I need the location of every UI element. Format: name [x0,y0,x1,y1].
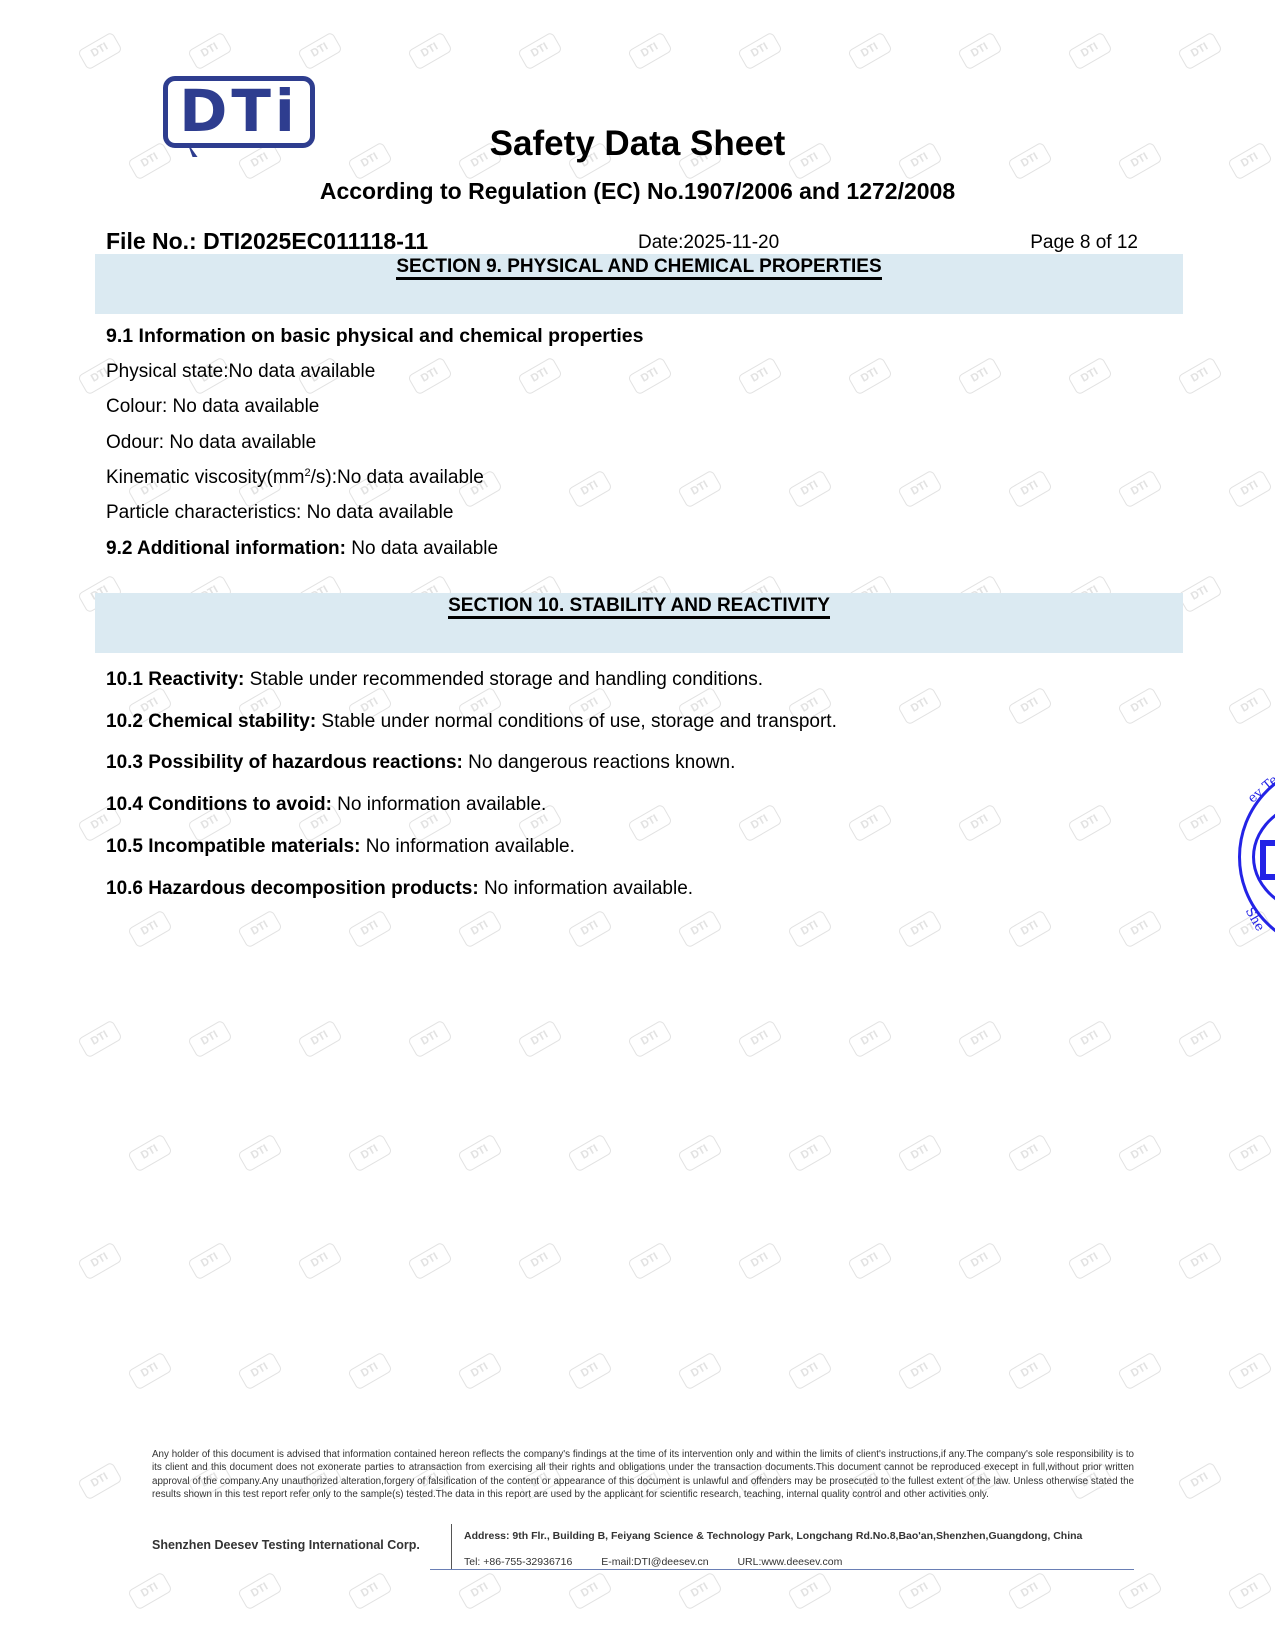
dti-watermark-icon: DTI [1117,1571,1163,1610]
footer-company-name: Shenzhen Deesev Testing International Co… [152,1538,420,1552]
dti-watermark-icon: DTI [1007,469,1053,508]
dti-watermark-icon: DTI [457,1351,503,1390]
dti-watermark-icon: DTI [567,469,613,508]
dti-watermark-icon: DTI [957,803,1003,842]
dti-watermark-icon: DTI [127,1133,173,1172]
page-number: Page 8 of 12 [1030,232,1138,254]
dti-watermark-icon: DTI [1227,1351,1273,1390]
dti-watermark-icon: DTI [677,1351,723,1390]
dti-watermark-icon: DTI [1177,1241,1223,1280]
dti-watermark-icon: DTI [1227,469,1273,508]
dti-watermark-icon: DTI [737,31,783,70]
particle-characteristics: Particle characteristics: No data availa… [106,502,453,524]
footer-vertical-divider [451,1524,452,1570]
dti-watermark-icon: DTI [627,1019,673,1058]
dti-watermark-icon: DTI [787,469,833,508]
section-10-title: SECTION 10. STABILITY AND REACTIVITY [448,595,830,619]
dti-watermark-icon: DTI [77,1241,123,1280]
section-9-title: SECTION 9. PHYSICAL AND CHEMICAL PROPERT… [396,256,881,280]
dti-watermark-icon: DTI [737,1019,783,1058]
document-date: Date:2025-11-20 [638,232,779,254]
dti-watermark-icon: DTI [897,1571,943,1610]
dti-watermark-icon: DTI [297,1019,343,1058]
stamp-letter-d-icon [1260,840,1275,880]
dti-watermark-icon: DTI [457,1133,503,1172]
section-10-header-band: SECTION 10. STABILITY AND REACTIVITY [95,593,1183,653]
document-title: Safety Data Sheet [0,124,1275,164]
dti-watermark-icon: DTI [1227,1133,1273,1172]
dti-watermark-icon: DTI [237,1571,283,1610]
section-10-item: 10.3 Possibility of hazardous reactions:… [106,752,735,774]
dti-watermark-icon: DTI [407,356,453,395]
dti-watermark-icon: DTI [237,1133,283,1172]
item-label: 10.5 Incompatible materials: [106,836,361,857]
item-value: No dangerous reactions known. [463,752,736,773]
dti-watermark-icon: DTI [957,356,1003,395]
dti-watermark-icon: DTI [407,31,453,70]
dti-watermark-icon: DTI [567,1571,613,1610]
dti-watermark-icon: DTI [1067,1019,1113,1058]
dti-watermark-icon: DTI [1067,803,1113,842]
dti-watermark-icon: DTI [957,1019,1003,1058]
dti-watermark-icon: DTI [187,1019,233,1058]
dti-watermark-icon: DTI [897,1133,943,1172]
dti-watermark-icon: DTI [737,803,783,842]
dti-watermark-icon: DTI [1007,686,1053,725]
footer-disclaimer: Any holder of this document is advised t… [152,1448,1134,1502]
dti-watermark-icon: DTI [627,1241,673,1280]
dti-watermark-icon: DTI [957,31,1003,70]
dti-watermark-icon: DTI [347,909,393,948]
footer-horizontal-rule [430,1569,1134,1570]
item-value: Stable under recommended storage and han… [244,669,763,690]
dti-watermark-icon: DTI [897,909,943,948]
dti-watermark-icon: DTI [627,803,673,842]
footer-tel: Tel: +86-755-32936716 [464,1556,572,1568]
dti-watermark-icon: DTI [957,1241,1003,1280]
dti-watermark-icon: DTI [677,469,723,508]
dti-watermark-icon: DTI [847,356,893,395]
item-value: No information available. [332,794,546,815]
dti-watermark-icon: DTI [127,1571,173,1610]
colour: Colour: No data available [106,396,319,418]
item-value: Stable under normal conditions of use, s… [316,711,837,732]
dti-watermark-icon: DTI [517,1241,563,1280]
dti-watermark-icon: DTI [847,1019,893,1058]
dti-watermark-icon: DTI [897,686,943,725]
dti-watermark-icon: DTI [847,803,893,842]
dti-watermark-icon: DTI [627,31,673,70]
company-seal-stamp: ev Te She [1238,762,1275,962]
dti-watermark-icon: DTI [567,1351,613,1390]
dti-watermark-icon: DTI [517,31,563,70]
item-label: 10.6 Hazardous decomposition products: [106,878,479,899]
dti-watermark-icon: DTI [677,909,723,948]
dti-watermark-icon: DTI [897,469,943,508]
item-value: No information available. [479,878,693,899]
dti-watermark-icon: DTI [1007,1133,1053,1172]
section-10-item: 10.1 Reactivity: Stable under recommende… [106,669,763,691]
dti-watermark-icon: DTI [1177,31,1223,70]
dti-watermark-icon: DTI [1177,1461,1223,1500]
section-10-item: 10.2 Chemical stability: Stable under no… [106,711,837,733]
dti-watermark-icon: DTI [787,1351,833,1390]
dti-watermark-icon: DTI [1117,1133,1163,1172]
additional-information-label: 9.2 Additional information: [106,538,346,559]
dti-watermark-icon: DTI [1117,469,1163,508]
dti-watermark-icon: DTI [1007,909,1053,948]
dti-watermark-icon: DTI [1227,686,1273,725]
dti-watermark-icon: DTI [847,1241,893,1280]
dti-watermark-icon: DTI [1177,356,1223,395]
item-label: 10.1 Reactivity: [106,669,244,690]
dti-watermark-icon: DTI [567,909,613,948]
dti-watermark-icon: DTI [1067,31,1113,70]
item-value: No information available. [361,836,575,857]
additional-information: 9.2 Additional information: No data avai… [106,538,498,560]
dti-watermark-icon: DTI [1177,803,1223,842]
file-info-row: File No.: DTI2025EC011118-11 Date:2025-1… [106,228,1138,256]
dti-watermark-icon: DTI [407,1019,453,1058]
dti-watermark-icon: DTI [457,1571,503,1610]
dti-watermark-icon: DTI [297,1241,343,1280]
physical-state: Physical state:No data available [106,361,375,383]
additional-information-value: No data available [346,538,498,559]
odour: Odour: No data available [106,432,316,454]
dti-watermark-icon: DTI [787,909,833,948]
dti-watermark-icon: DTI [187,31,233,70]
section-9-header-band: SECTION 9. PHYSICAL AND CHEMICAL PROPERT… [95,254,1183,314]
dti-watermark-icon: DTI [237,909,283,948]
footer-address: Address: 9th Flr., Building B, Feiyang S… [464,1530,1082,1542]
dti-watermark-icon: DTI [347,1133,393,1172]
dti-watermark-icon: DTI [187,1241,233,1280]
section-10-item: 10.6 Hazardous decomposition products: N… [106,878,693,900]
viscosity-prefix: Kinematic viscosity(mm [106,467,304,488]
dti-watermark-icon: DTI [77,1461,123,1500]
dti-watermark-icon: DTI [347,1571,393,1610]
dti-watermark-icon: DTI [127,909,173,948]
dti-watermark-icon: DTI [787,1133,833,1172]
document-subtitle: According to Regulation (EC) No.1907/200… [0,178,1275,205]
dti-watermark-icon: DTI [677,1571,723,1610]
dti-watermark-icon: DTI [1117,686,1163,725]
viscosity-suffix: /s):No data available [311,467,484,488]
dti-watermark-icon: DTI [517,1019,563,1058]
dti-watermark-icon: DTI [457,909,503,948]
dti-watermark-icon: DTI [897,1351,943,1390]
dti-watermark-icon: DTI [1227,1571,1273,1610]
dti-watermark-icon: DTI [517,356,563,395]
dti-watermark-icon: DTI [297,31,343,70]
footer-url[interactable]: URL:www.deesev.com [737,1556,842,1568]
dti-watermark-icon: DTI [627,356,673,395]
footer-email[interactable]: E-mail:DTI@deesev.cn [601,1556,708,1568]
dti-watermark-icon: DTI [737,356,783,395]
dti-watermark-icon: DTI [77,1019,123,1058]
dti-watermark-icon: DTI [347,1351,393,1390]
section-10-item: 10.4 Conditions to avoid: No information… [106,794,546,816]
footer-contact: Tel: +86-755-32936716 E-mail:DTI@deesev.… [464,1556,868,1568]
dti-watermark-icon: DTI [847,31,893,70]
dti-watermark-icon: DTI [407,1241,453,1280]
dti-watermark-icon: DTI [1117,1351,1163,1390]
item-label: 10.2 Chemical stability: [106,711,316,732]
item-label: 10.4 Conditions to avoid: [106,794,332,815]
dti-watermark-icon: DTI [1177,1019,1223,1058]
dti-watermark-icon: DTI [1067,1241,1113,1280]
dti-watermark-icon: DTI [567,1133,613,1172]
kinematic-viscosity: Kinematic viscosity(mm2/s):No data avail… [106,467,484,489]
dti-watermark-icon: DTI [1177,574,1223,613]
dti-watermark-icon: DTI [127,1351,173,1390]
section-10-item: 10.5 Incompatible materials: No informat… [106,836,575,858]
dti-watermark-icon: DTI [737,1241,783,1280]
file-number: File No.: DTI2025EC011118-11 [106,228,428,255]
dti-watermark-icon: DTI [787,1571,833,1610]
dti-watermark-icon: DTI [237,1351,283,1390]
dti-watermark-icon: DTI [1007,1351,1053,1390]
dti-watermark-icon: DTI [1007,1571,1053,1610]
dti-watermark-icon: DTI [1067,356,1113,395]
heading-9-1: 9.1 Information on basic physical and ch… [106,325,644,348]
dti-watermark-icon: DTI [77,31,123,70]
item-label: 10.3 Possibility of hazardous reactions: [106,752,463,773]
dti-watermark-icon: DTI [1117,909,1163,948]
dti-watermark-icon: DTI [677,1133,723,1172]
